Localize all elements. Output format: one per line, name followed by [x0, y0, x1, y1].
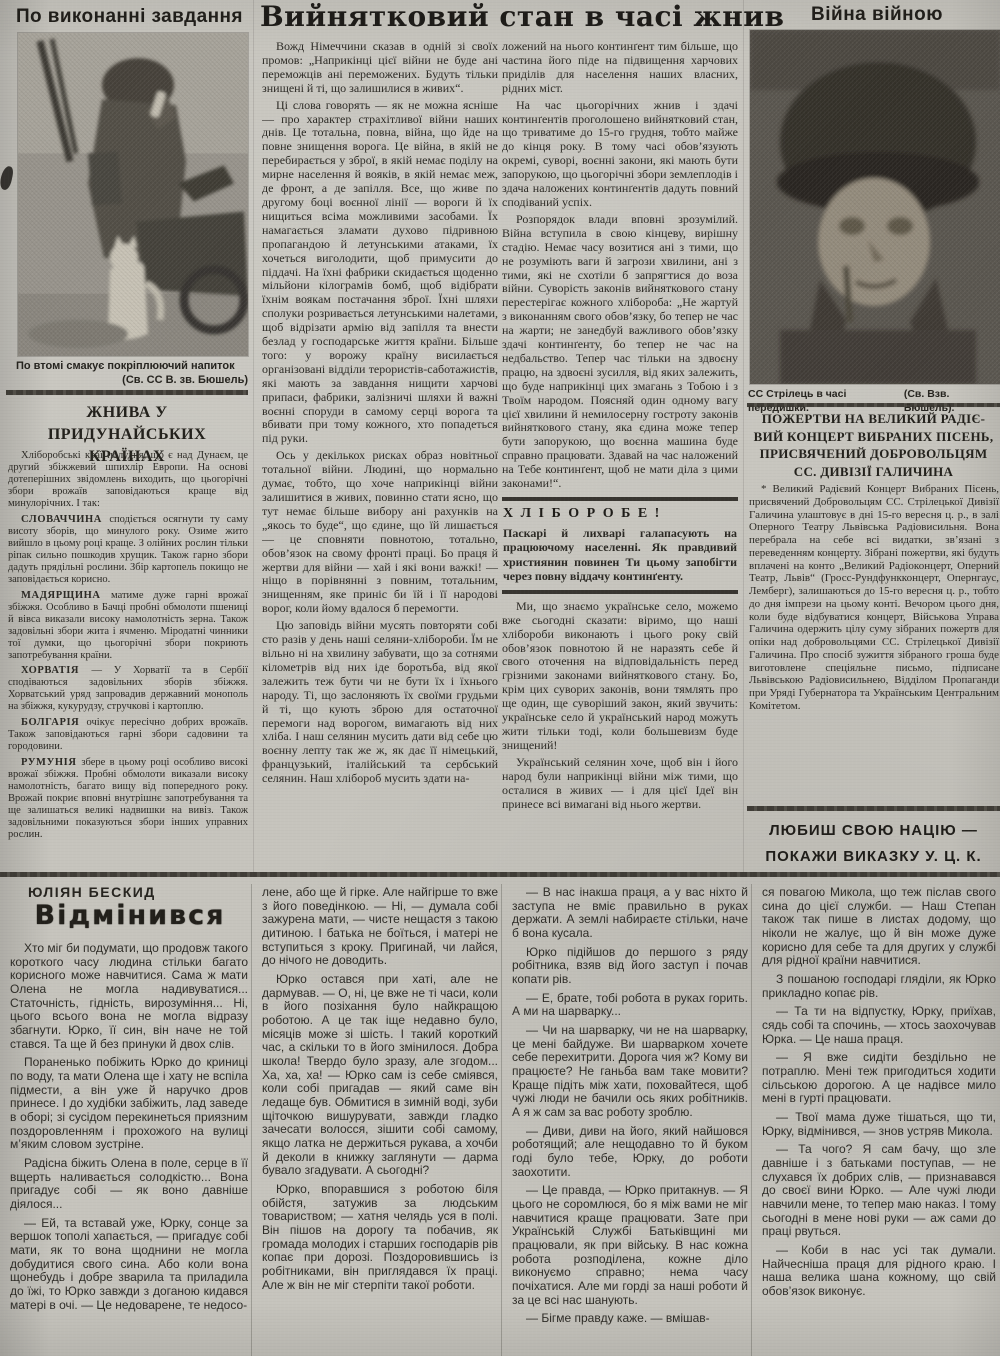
paragraph: — Бігме правду каже. — вмішав- [512, 1312, 748, 1326]
story-column-4: ся повагою Микола, що теж післав свого с… [762, 886, 996, 1356]
story-title: Відмінився [30, 900, 230, 931]
paragraph: Юрко остався при хаті, але не дармував. … [262, 973, 498, 1178]
paragraph: Ці слова говорять — як не можна ясніше —… [262, 99, 498, 447]
paragraph: — Твої мама дуже тішаться, що ти, Юрку, … [762, 1111, 996, 1138]
ink-blot [0, 165, 14, 191]
paragraph: — Та чого? Я сам бачу, що зле давніше і … [762, 1143, 996, 1239]
slogan-top-rule [747, 806, 1000, 811]
paragraph: Пораненько побіжить Юрко до криниці по в… [10, 1056, 248, 1152]
paragraph: З пошаною господарі гляділи, як Юрко при… [762, 973, 996, 1000]
paragraph: Цю заповідь війни мусять повторяти собі … [262, 619, 498, 786]
left-photo-caption: По втомі смакує покріплюючий напиток (Св… [16, 359, 248, 387]
page-section-divider [0, 872, 1000, 877]
harvest-section-body: Хліборобські краї полудня, що є над Дуна… [8, 450, 248, 872]
caption-divider [747, 403, 1000, 407]
paragraph: — Та ти на відпустку, Юрку, приїхав, сяд… [762, 1005, 996, 1046]
paragraph: — Диви, диви на його, який найшовся робо… [512, 1125, 748, 1180]
paragraph: СС. ДИВІЗІЇ ГАЛИЧИНА [747, 463, 1000, 481]
story-column-1: Хто міг би подумати, що продовж такого к… [10, 942, 248, 1356]
main-article-column-1: Вожд Німеччини сказав в одній зі своїх п… [262, 40, 498, 870]
right-section-headline: Війна війною [770, 4, 984, 26]
farmer-appeal-box: Х Л І Б О Р О Б Е ! Паскарі й лихварі га… [502, 497, 738, 594]
column-rule [253, 0, 254, 872]
paragraph: Український селянин хоче, щоб він і його… [502, 756, 738, 812]
paragraph: — Я вже сидіти бездільно не потраплю. Ме… [762, 1051, 996, 1106]
column-rule [751, 884, 752, 1356]
column-rule [743, 0, 744, 872]
caption-line: По втомі смакує покріплюючий напиток [16, 359, 248, 373]
paragraph: ПОЖЕРТВИ НА ВЕЛИКИЙ РАДІЄ- [747, 410, 1000, 428]
paragraph: — Ей, та вставай уже, Юрку, сонце за вер… [10, 1217, 248, 1313]
paragraph: — Е, брате, тобі робота в руках горить. … [512, 992, 748, 1019]
paragraph: Юрко, впоравшися з роботою біля обійстя,… [262, 1183, 498, 1292]
concert-article-headline: ПОЖЕРТВИ НА ВЕЛИКИЙ РАДІЄ-ВИЙ КОНЦЕРТ ВИ… [747, 410, 1000, 480]
left-section-headline: По виконанні завдання [16, 6, 248, 28]
paragraph: Вожд Німеччини сказав в одній зі своїх п… [262, 40, 498, 96]
column-rule [501, 884, 502, 1356]
section-divider [6, 390, 248, 395]
paragraph: Розпорядок влади вповні зрозумілий. Війн… [502, 213, 738, 491]
main-article-column-2: ложений на нього континґент тим більше, … [502, 40, 738, 870]
slogan-line-1: ЛЮБИШ СВОЮ НАЦІЮ — [747, 822, 1000, 839]
harvest-title-line1: ЖНИВА У ПРИДУНАЙСЬКИХ [6, 402, 248, 446]
paragraph: — Коби в нас усі так думали. Найчесніша … [762, 1244, 996, 1299]
paragraph: Ми, що знаємо українське село, можемо вж… [502, 600, 738, 753]
rifleman-portrait-illustration [750, 30, 1000, 384]
story-column-2: лене, або ще й гірке. Але найгірше то вж… [262, 886, 498, 1356]
slogan-line-2: ПОКАЖИ ВИКАЗКУ У. Ц. К. [747, 848, 1000, 865]
paragraph: ся повагою Микола, що теж післав свого с… [762, 886, 996, 968]
paragraph: РУМУНІЯ збере в цьому році особливо висо… [8, 757, 248, 841]
paragraph: — Чи на шарварку, чи не на шарварку, це … [512, 1024, 748, 1120]
newspaper-page: По виконанні завдання [0, 0, 1000, 1356]
soldier-motorcycle-cat-illustration [18, 33, 248, 356]
paragraph: Ось у декількох рисках образ новітньої т… [262, 449, 498, 616]
paragraph: — В нас інакша праця, а у вас ніхто й за… [512, 886, 748, 941]
paragraph: ХОРВАТІЯ — У Хорватії та в Сербії сподів… [8, 665, 248, 713]
paragraph: * Великий Радієвий Концерт Вибраних Пісе… [749, 483, 999, 713]
main-article-column-2-top: ложений на нього континґент тим більше, … [502, 40, 738, 491]
paragraph: Хто міг би подумати, що продовж такого к… [10, 942, 248, 1051]
caption-credit: (Св. СС В. зв. Бюшель) [16, 373, 248, 387]
paragraph: МАДЯРЩИНА матиме дуже гарні врожаї збіжж… [8, 590, 248, 662]
rifleman-photo [750, 30, 1000, 384]
paragraph: ВИЙ КОНЦЕРТ ВИБРАНИХ ПІСЕНЬ, [747, 428, 1000, 446]
main-article-column-2-bottom: Ми, що знаємо українське село, можемо вж… [502, 600, 738, 812]
paragraph: БОЛГАРІЯ очікує пересічно добрих врожаїв… [8, 717, 248, 753]
paragraph: На час цьогорічних жнив і здачі континґе… [502, 99, 738, 210]
paragraph: лене, або ще й гірке. Але найгірше то вж… [262, 886, 498, 968]
soldier-photo [18, 33, 248, 356]
paragraph: Хліборобські краї полудня, що є над Дуна… [8, 450, 248, 510]
paragraph: ПРИСВЯЧЕНИЙ ДОБРОВОЛЬЦЯМ [747, 445, 1000, 463]
paragraph: СЛОВАЧЧИНА сподіється осягнути ту саму в… [8, 514, 248, 586]
paragraph: ложений на нього континґент тим більше, … [502, 40, 738, 96]
story-column-3: — В нас інакша праця, а у вас ніхто й за… [512, 886, 748, 1356]
farmer-box-text: Паскарі й лихварі галапасують на працююч… [503, 526, 737, 583]
main-headline: Вийнятковий стан в часі жнив [260, 0, 740, 33]
paragraph: Юрко підійшов до першого з ряду робітник… [512, 946, 748, 987]
paragraph: — Це правда, — Юрко притакнув. — Я цього… [512, 1184, 748, 1307]
farmer-box-title: Х Л І Б О Р О Б Е ! [503, 506, 737, 522]
column-rule [251, 884, 252, 1356]
paragraph: Радісна біжить Олена в поле, серце в її … [10, 1157, 248, 1212]
concert-article-body: * Великий Радієвий Концерт Вибраних Пісе… [749, 483, 999, 803]
story-author: ЮЛІЯН БЕСКИД [28, 884, 156, 900]
